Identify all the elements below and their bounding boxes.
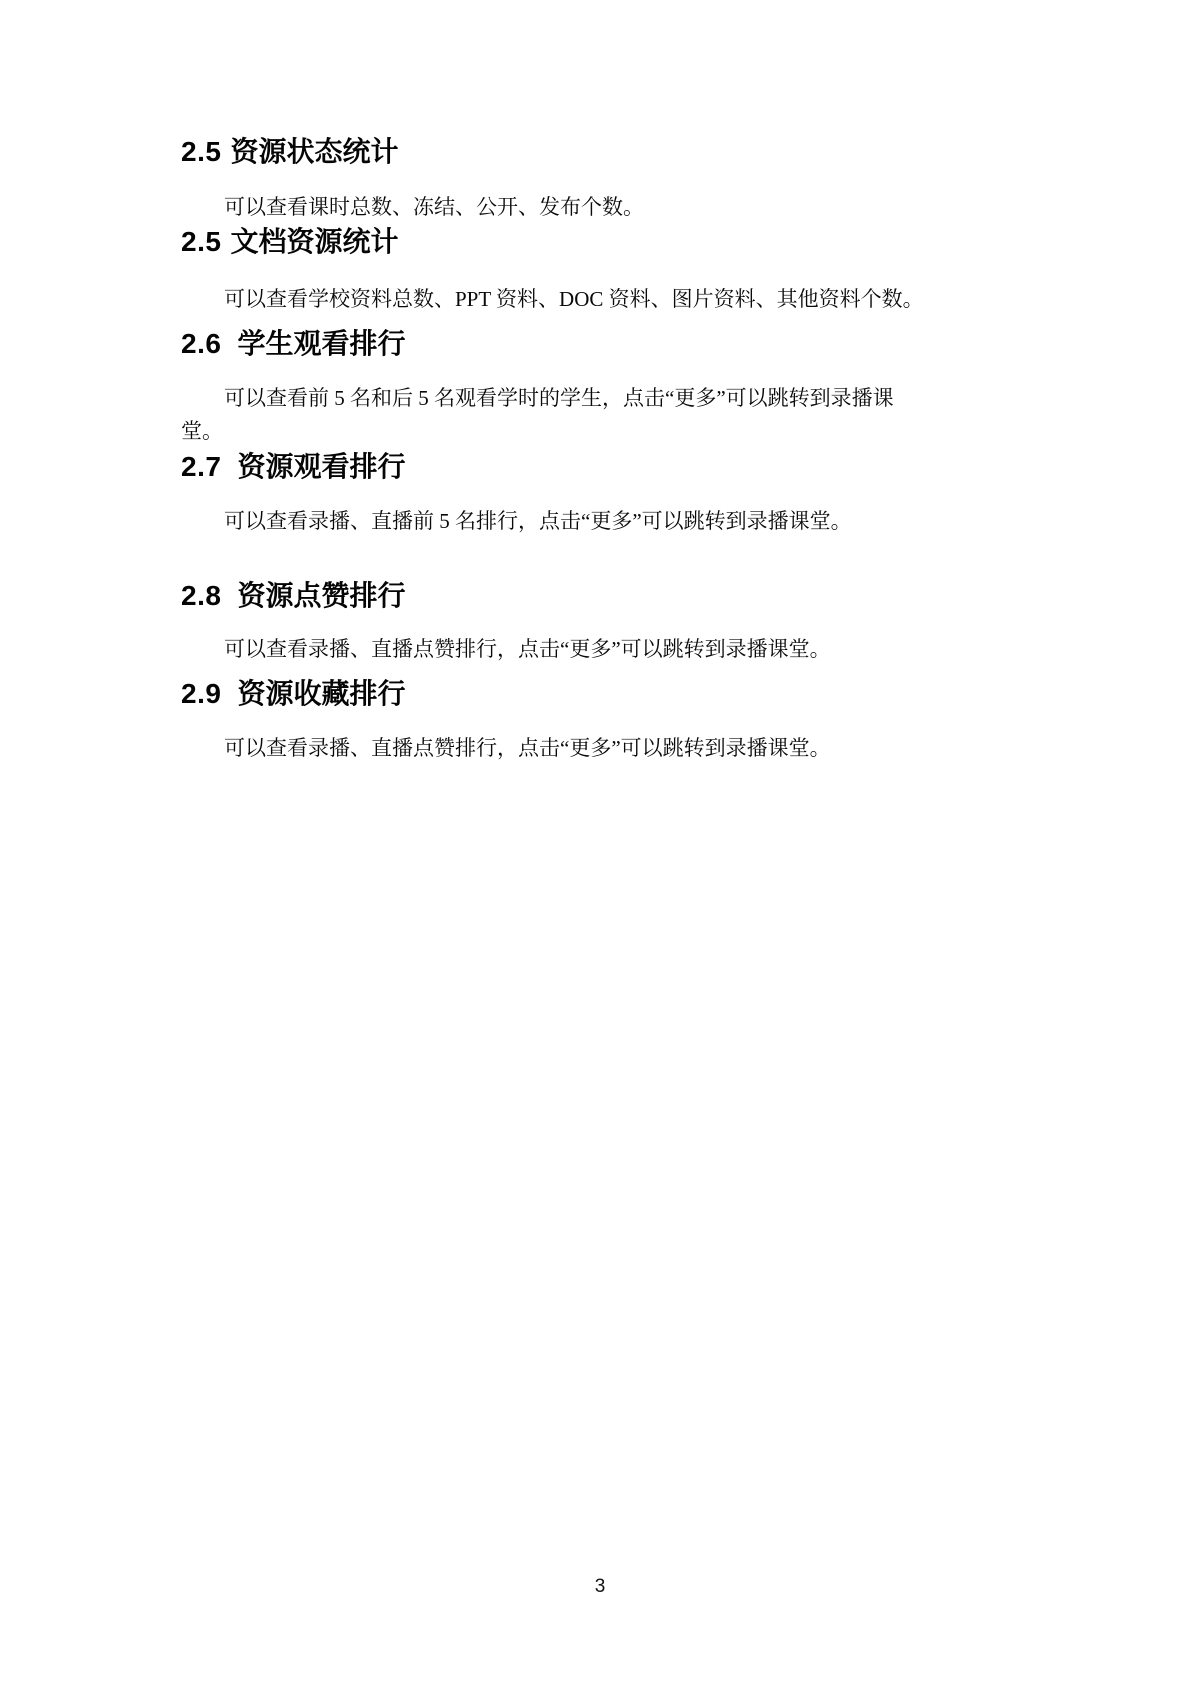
document-page: 2.5资源状态统计 可以查看课时总数、冻结、公开、发布个数。 2.5文档资源统计…: [0, 0, 1200, 1697]
body-line: 堂。: [181, 415, 1021, 448]
heading-number: 2.7: [181, 452, 221, 482]
section-body: 可以查看录播、直播前 5 名排行，点击“更多”可以跳转到录播课堂。: [181, 505, 1021, 538]
section-heading: 2.7资源观看排行: [181, 452, 405, 482]
section-heading: 2.5文档资源统计: [181, 227, 398, 257]
heading-text: 资源状态统计: [230, 136, 398, 167]
section-body: 可以查看前 5 名和后 5 名观看学时的学生，点击“更多”可以跳转到录播课 堂。: [181, 382, 1021, 448]
heading-text: 资源点赞排行: [237, 580, 405, 611]
page-number: 3: [0, 1576, 1200, 1598]
section-heading: 2.9资源收藏排行: [181, 679, 405, 709]
section-body: 可以查看课时总数、冻结、公开、发布个数。: [181, 191, 1021, 224]
section-body: 可以查看学校资料总数、PPT 资料、DOC 资料、图片资料、其他资料个数。: [181, 283, 1021, 316]
heading-text: 资源收藏排行: [237, 678, 405, 709]
section-heading: 2.5资源状态统计: [181, 137, 398, 167]
section-heading: 2.6学生观看排行: [181, 329, 405, 359]
heading-number: 2.5: [181, 227, 221, 257]
body-line: 可以查看录播、直播点赞排行，点击“更多”可以跳转到录播课堂。: [181, 633, 1021, 666]
heading-text: 学生观看排行: [237, 328, 405, 359]
body-line: 可以查看录播、直播点赞排行，点击“更多”可以跳转到录播课堂。: [181, 732, 1021, 765]
body-line: 可以查看前 5 名和后 5 名观看学时的学生，点击“更多”可以跳转到录播课: [181, 382, 1021, 415]
section-body: 可以查看录播、直播点赞排行，点击“更多”可以跳转到录播课堂。: [181, 732, 1021, 765]
body-line: 可以查看录播、直播前 5 名排行，点击“更多”可以跳转到录播课堂。: [181, 505, 1021, 538]
heading-text: 文档资源统计: [230, 226, 398, 257]
heading-number: 2.6: [181, 329, 221, 359]
body-line: 可以查看课时总数、冻结、公开、发布个数。: [181, 191, 1021, 224]
heading-number: 2.9: [181, 679, 221, 709]
heading-number: 2.5: [181, 137, 221, 167]
heading-number: 2.8: [181, 581, 221, 611]
heading-text: 资源观看排行: [237, 451, 405, 482]
section-body: 可以查看录播、直播点赞排行，点击“更多”可以跳转到录播课堂。: [181, 633, 1021, 666]
body-line: 可以查看学校资料总数、PPT 资料、DOC 资料、图片资料、其他资料个数。: [181, 283, 1021, 316]
section-heading: 2.8资源点赞排行: [181, 581, 405, 611]
